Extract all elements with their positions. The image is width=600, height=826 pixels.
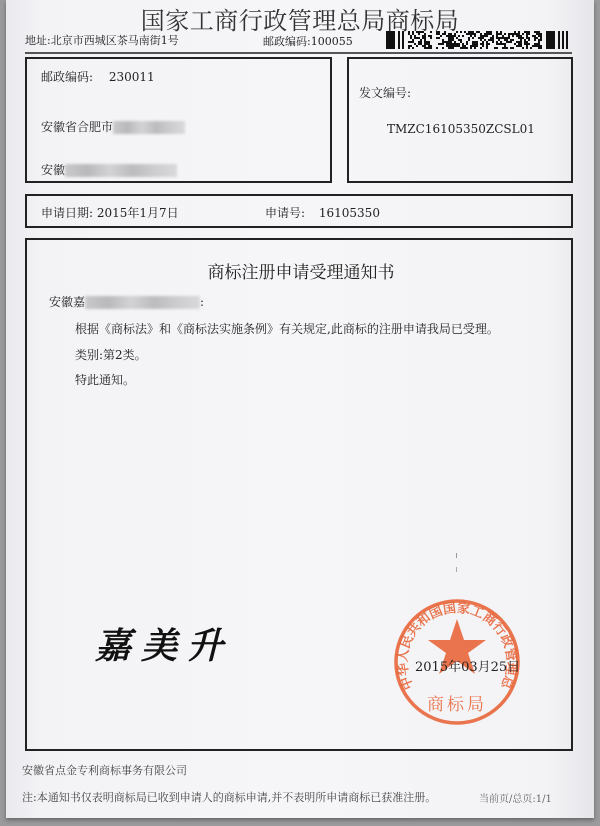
- footer-note: 注:本通知书仅表明商标局已收到申请人的商标申请,并不表明所申请商标已获准注册。: [22, 789, 436, 805]
- document-number-value: TMZC16105350ZCSL01: [387, 122, 535, 136]
- agency-name: 安徽省点金专利商标事务有限公司: [22, 762, 187, 778]
- recipient-postal-label: 邮政编码:: [41, 70, 93, 84]
- application-number-label: 申请号:: [265, 206, 305, 220]
- notice-title: 商标注册申请受理通知书: [27, 258, 575, 283]
- recipient-address-text: 安徽省合肥市: [41, 120, 113, 134]
- application-number: 申请号: 16105350: [265, 204, 380, 221]
- crease-mark: [456, 553, 458, 577]
- trademark-signature: 嘉美升: [95, 618, 233, 669]
- stamp-date: 2015年03月25日: [415, 656, 520, 675]
- notice-closing: 特此通知。: [75, 371, 135, 388]
- barcode-icon: [386, 30, 572, 50]
- issuer-postal-code: 邮政编码:100055: [263, 33, 353, 49]
- redacted-block: [65, 164, 177, 177]
- recipient-postal: 邮政编码: 230011: [41, 68, 155, 85]
- page-indicator: 当前页/总页:1/1: [479, 790, 552, 805]
- document-number-label: 发文编号:: [359, 84, 411, 101]
- redacted-block: [85, 296, 200, 309]
- application-number-value: 16105350: [319, 206, 380, 220]
- issuer-address: 地址:北京市西城区茶马南街1号: [25, 32, 179, 48]
- recipient-postal-value: 230011: [109, 70, 155, 84]
- redacted-block: [113, 121, 185, 134]
- notice-category: 类别:第2类。: [75, 346, 147, 363]
- header-divider: [25, 52, 572, 54]
- recipient-address: 安徽省合肥市: [41, 118, 185, 135]
- notice-body: 根据《商标法》和《商标法实施条例》有关规定,此商标的注册申请我局已受理。: [75, 320, 499, 337]
- recipient-name: 安徽: [41, 161, 177, 178]
- addressee-colon: :: [200, 295, 204, 309]
- page-value: 1/1: [536, 794, 552, 805]
- application-info-box: 申请日期: 2015年1月7日 申请号: 16105350: [25, 194, 573, 228]
- page-label: 当前页/总页:: [479, 794, 536, 805]
- document-number-box: 发文编号: TMZC16105350ZCSL01: [347, 57, 573, 183]
- svg-text:商标局: 商标局: [427, 695, 487, 715]
- application-date: 申请日期: 2015年1月7日: [41, 204, 179, 221]
- recipient-box: 邮政编码: 230011 安徽省合肥市 安徽: [25, 57, 332, 183]
- application-date-label: 申请日期:: [41, 206, 93, 220]
- recipient-name-text: 安徽: [41, 163, 65, 177]
- addressee-text: 安徽嘉: [49, 295, 85, 309]
- application-date-value: 2015年1月7日: [97, 206, 179, 220]
- notice-addressee: 安徽嘉:: [49, 293, 204, 310]
